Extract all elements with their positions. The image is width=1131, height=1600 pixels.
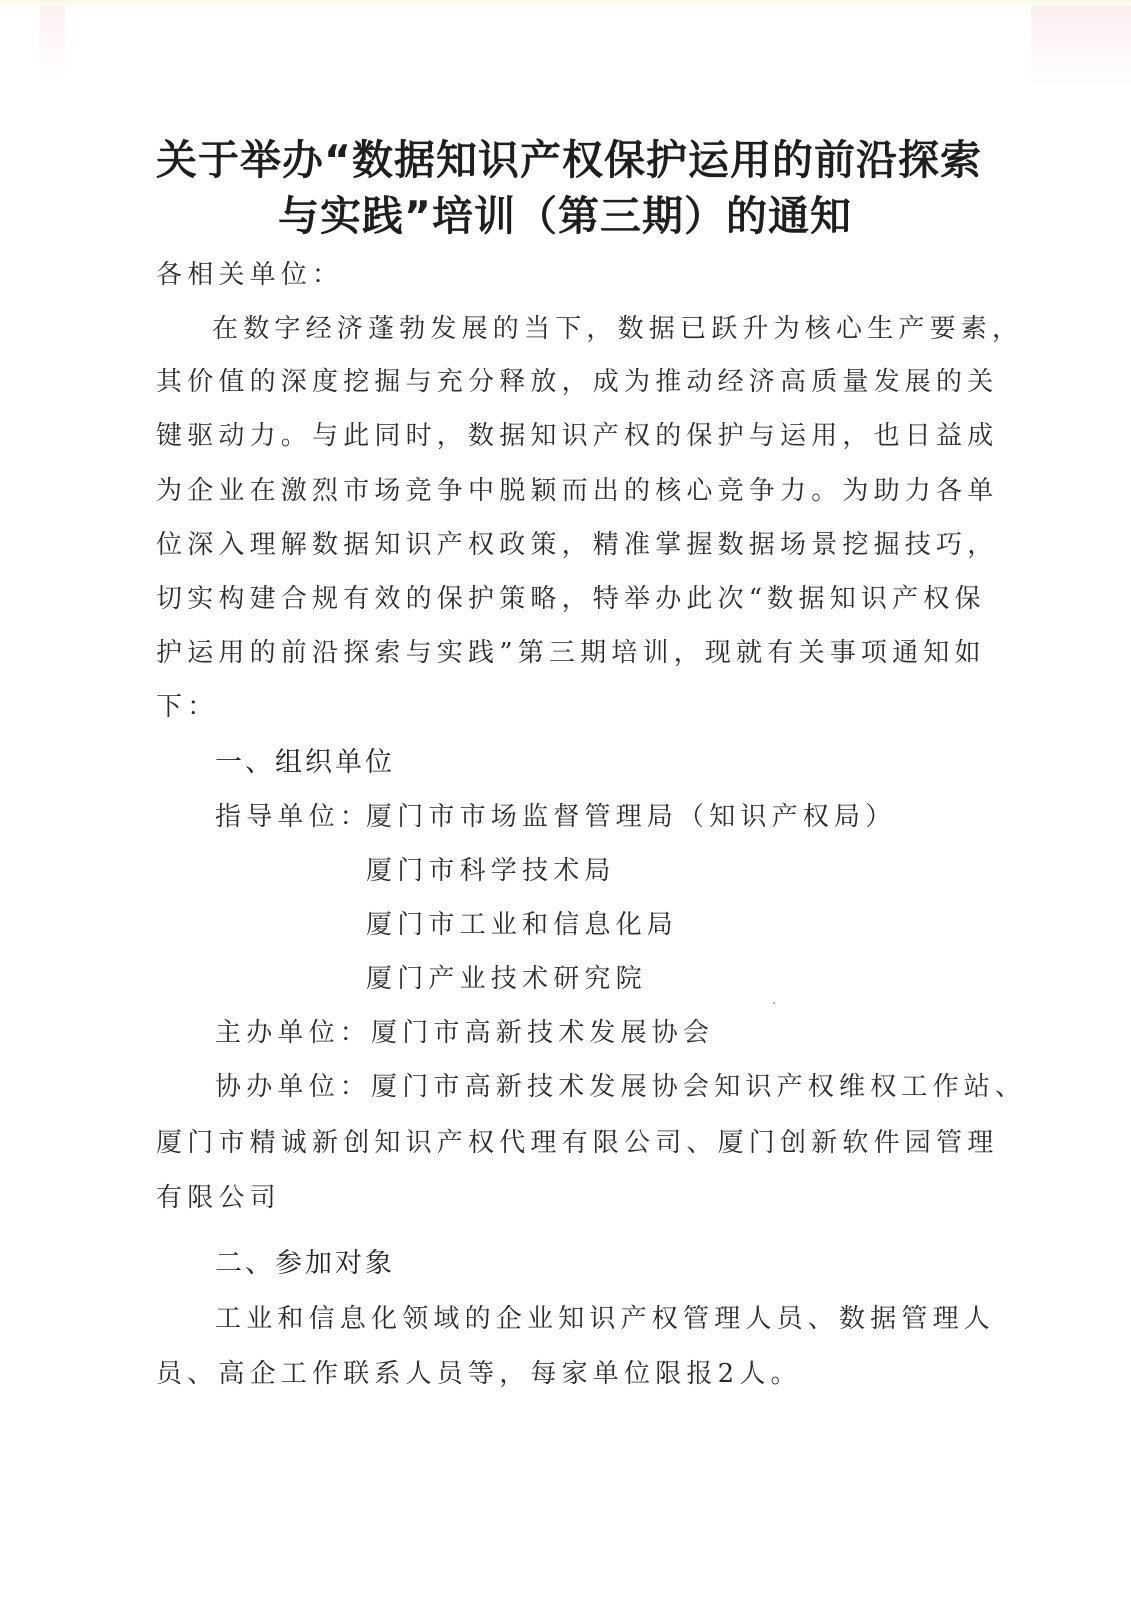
scan-speck — [773, 1002, 775, 1004]
co-host-line: 协办单位：厦门市高新技术发展协会知识产权维权工作站、 — [215, 1074, 1026, 1100]
scan-tint — [1031, 6, 1131, 86]
intro-line: 键驱动力。与此同时，数据知识产权的保护与运用，也日益成 — [156, 423, 998, 449]
intro-line: 下： — [156, 694, 218, 720]
co-host-line: 有限公司 — [156, 1185, 281, 1211]
guiding-unit: 厦门市科学技术局 — [366, 858, 616, 884]
intro-line: 为企业在激烈市场竞争中脱颖而出的核心竞争力。为助力各单 — [156, 478, 998, 504]
participants-line: 工业和信息化领域的企业知识产权管理人员、数据管理人 — [215, 1306, 995, 1332]
guiding-unit: 厦门产业技术研究院 — [366, 966, 647, 992]
participants-line: 员、高企工作联系人员等，每家单位限报2人。 — [156, 1361, 802, 1387]
section-heading-participants: 二、参加对象 — [215, 1250, 395, 1277]
salutation: 各相关单位： — [156, 262, 343, 288]
intro-line: 其价值的深度挖掘与充分释放，成为推动经济高质量发展的关 — [156, 369, 998, 395]
co-host-line: 厦门市精诚新创知识产权代理有限公司、厦门创新软件园管理 — [156, 1130, 998, 1156]
document-title-line-2: 与实践”培训（第三期）的通知 — [278, 196, 852, 237]
intro-line: 护运用的前沿探索与实践”第三期培训，现就有关事项通知如 — [156, 640, 986, 666]
scan-edge — [0, 0, 1131, 8]
intro-line: 位深入理解数据知识产权政策，精准掌握数据场景挖掘技巧， — [156, 532, 998, 558]
document-page: 关于举办“数据知识产权保护运用的前沿探索 与实践”培训（第三期）的通知 各相关单… — [0, 0, 1131, 1600]
intro-line: 在数字经济蓬勃发展的当下，数据已跃升为核心生产要素， — [212, 316, 1023, 342]
document-title-line-1: 关于举办“数据知识产权保护运用的前沿探索 — [156, 140, 982, 181]
guiding-units-label: 指导单位： — [215, 804, 371, 830]
guiding-unit: 厦门市市场监督管理局（知识产权局） — [366, 804, 896, 830]
intro-line: 切实构建合规有效的保护策略，特举办此次“数据知识产权保 — [156, 586, 986, 612]
scan-tint — [40, 6, 65, 76]
section-heading-organizers: 一、组织单位 — [215, 749, 395, 776]
guiding-unit: 厦门市工业和信息化局 — [366, 912, 678, 938]
host-unit: 主办单位：厦门市高新技术发展协会 — [215, 1020, 714, 1046]
